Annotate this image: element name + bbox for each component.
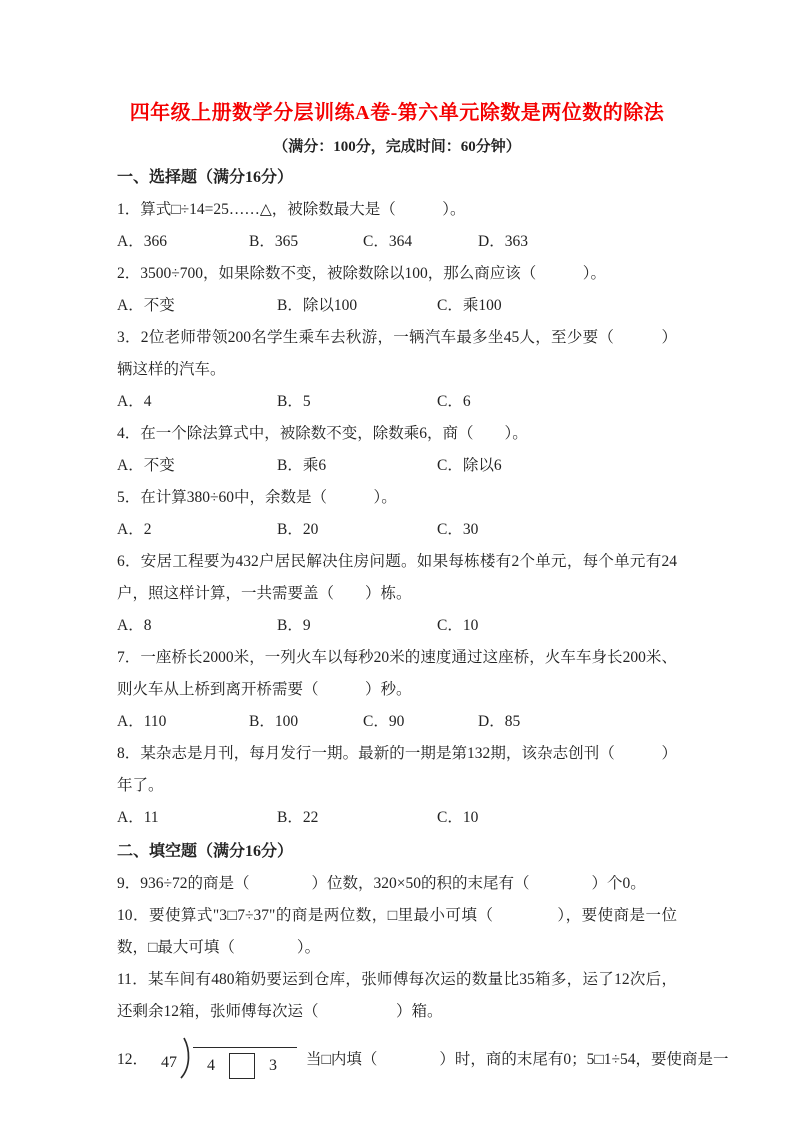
question-5-options: A．2 B．20 C．30: [117, 514, 677, 546]
option-1-c: C．364: [363, 226, 478, 258]
option-7-b: B．100: [249, 706, 363, 738]
option-8-a: A．11: [117, 802, 277, 834]
option-7-d: D．85: [478, 706, 677, 738]
dividend-blank-box: [229, 1053, 255, 1079]
section-one-heading: 一、选择题（满分16分）: [117, 162, 677, 194]
question-1-options: A．366 B．365 C．364 D．363: [117, 226, 677, 258]
option-3-a: A．4: [117, 386, 277, 418]
question-9: 9．936÷72的商是（ ）位数，320×50的积的末尾有（ ）个0。: [117, 868, 677, 900]
option-6-a: A．8: [117, 610, 277, 642]
question-8: 8．某杂志是月刊，每月发行一期。最新的一期是第132期，该杂志创刊（ ）年了。: [117, 738, 677, 802]
section-two-heading: 二、填空题（满分16分）: [117, 836, 677, 868]
question-7: 7．一座桥长2000米，一列火车以每秒20米的速度通过这座桥，火车车身长200米…: [117, 642, 677, 706]
question-2: 2．3500÷700，如果除数不变，被除数除以100，那么商应该（ ）。: [117, 258, 677, 290]
option-8-c: C．10: [437, 802, 677, 834]
option-4-a: A．不变: [117, 450, 277, 482]
division-divisor: 47: [161, 1054, 177, 1079]
question-6-options: A．8 B．9 C．10: [117, 610, 677, 642]
division-dividend: 4 3: [193, 1047, 297, 1079]
option-2-c: C．乘100: [437, 290, 677, 322]
option-4-c: C．除以6: [437, 450, 677, 482]
option-1-a: A．366: [117, 226, 249, 258]
question-3-options: A．4 B．5 C．6: [117, 386, 677, 418]
question-8-options: A．11 B．22 C．10: [117, 802, 677, 834]
option-5-a: A．2: [117, 514, 277, 546]
option-4-b: B．乘6: [277, 450, 437, 482]
question-12: 12． 47 4 3 当□内填（ ）时，商的末尾有0；5□1÷54，要使商是一: [117, 1030, 677, 1086]
option-6-b: B．9: [277, 610, 437, 642]
question-6: 6．安居工程要为432户居民解决住房问题。如果每栋楼有2个单元，每个单元有24户…: [117, 546, 677, 610]
question-10: 10．要使算式"3□7÷37"的商是两位数，□里最小可填（ ），要使商是一位数，…: [117, 900, 677, 964]
question-4-options: A．不变 B．乘6 C．除以6: [117, 450, 677, 482]
option-1-d: D．363: [478, 226, 677, 258]
dividend-digit-right: 3: [267, 1057, 279, 1075]
worksheet-page: 四年级上册数学分层训练A卷-第六单元除数是两位数的除法 （满分：100分，完成时…: [0, 0, 793, 1122]
question-1: 1．算式□÷14=25……△，被除数最大是（ ）。: [117, 194, 677, 226]
question-3: 3．2位老师带领200名学生乘车去秋游，一辆汽车最多坐45人，至少要（ ）辆这样…: [117, 322, 677, 386]
option-2-a: A．不变: [117, 290, 277, 322]
document-title: 四年级上册数学分层训练A卷-第六单元除数是两位数的除法: [117, 98, 677, 128]
option-2-b: B．除以100: [277, 290, 437, 322]
option-1-b: B．365: [249, 226, 363, 258]
option-7-c: C．90: [363, 706, 478, 738]
question-12-number: 12．: [117, 1047, 148, 1069]
question-7-options: A．110 B．100 C．90 D．85: [117, 706, 677, 738]
score-time-info: （满分：100分，完成时间：60分钟）: [117, 134, 677, 160]
option-5-c: C．30: [437, 514, 677, 546]
option-5-b: B．20: [277, 514, 437, 546]
question-12-text: 当□内填（ ）时，商的末尾有0；5□1÷54，要使商是一: [306, 1047, 728, 1069]
option-7-a: A．110: [117, 706, 249, 738]
question-5: 5．在计算380÷60中，余数是（ ）。: [117, 482, 677, 514]
question-4: 4．在一个除法算式中，被除数不变，除数乘6，商（ ）。: [117, 418, 677, 450]
division-bracket-icon: [179, 1037, 193, 1079]
dividend-digit-left: 4: [205, 1057, 217, 1075]
question-2-options: A．不变 B．除以100 C．乘100: [117, 290, 677, 322]
question-11: 11．某车间有480箱奶要运到仓库，张师傅每次运的数量比35箱多，运了12次后，…: [117, 964, 677, 1028]
option-3-c: C．6: [437, 386, 677, 418]
option-6-c: C．10: [437, 610, 677, 642]
long-division-figure: 47 4 3: [161, 1037, 297, 1079]
option-3-b: B．5: [277, 386, 437, 418]
option-8-b: B．22: [277, 802, 437, 834]
